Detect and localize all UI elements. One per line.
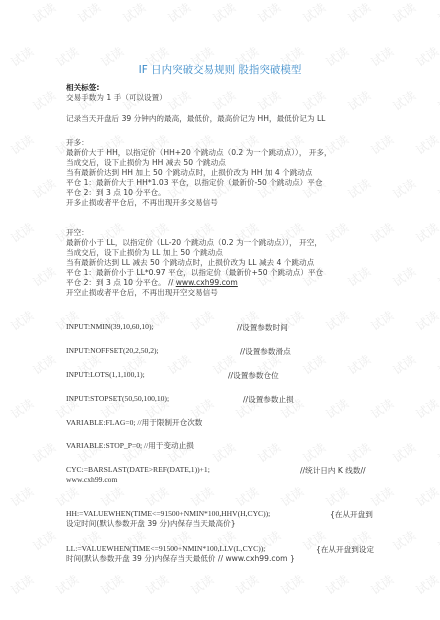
code-stmt: CYC:=BARSLAST(DATE>REF(DATE,1))+1; bbox=[66, 465, 210, 475]
code-cont: 设定时间(默认参数开盘 39 分)内保存当天最高价} bbox=[66, 519, 236, 529]
short-heading: 开空： bbox=[66, 228, 89, 238]
code-comment: //设置参数止损 bbox=[243, 394, 294, 405]
short-close2-text: 平仓 2：到 3 点 10 分平仓。 // bbox=[66, 278, 176, 287]
short-line: 最新价小于 LL，以指定价（LL-20 个跳动点（0.2 为一个跳动点））， 开… bbox=[66, 238, 322, 248]
code-comment: //设置参数时间 bbox=[237, 322, 288, 333]
code-stmt: INPUT:STOPSET(50,50,100,10); bbox=[66, 394, 169, 404]
short-line: 当成交后，设下止损价为 LL 加上 50 个跳动点 bbox=[66, 248, 223, 258]
code-stmt: LL:=VALUEWHEN(TIME<=91500+NMIN*100,LLV(L… bbox=[66, 544, 265, 554]
long-heading: 开多： bbox=[66, 138, 89, 148]
code-stmt: INPUT:NMIN(39,10,60,10); bbox=[66, 322, 154, 332]
long-line: 当有最新价达到 HH 加上 50 个跳动点时，止损价改为 HH 加 4 个跳动点 bbox=[66, 168, 313, 178]
tags-label: 相关标签: bbox=[66, 83, 99, 93]
code-comment: {在从开盘到设定 bbox=[316, 544, 374, 555]
code-cont: 时间(默认参数开盘 39 分)内保存当天最低价 // www.cxh99.com… bbox=[66, 554, 295, 564]
short-line: 平仓 1：最新价小于 LL*0.97 平仓，以指定价（最新价+50 个跳动点）平… bbox=[66, 268, 323, 278]
long-line: 最新价大于 HH，以指定价（HH+20 个跳动点（0.2 为一个跳动点））， 开… bbox=[66, 148, 332, 158]
code-stmt: INPUT:LOTS(1,1,100,1); bbox=[66, 370, 145, 380]
code-stmt: INPUT:NOFFSET(20,2,50,2); bbox=[66, 346, 159, 356]
long-line: 当成交后，设下止损价为 HH 减去 50 个跳动点 bbox=[66, 158, 226, 168]
code-stmt: HH:=VALUEWHEN(TIME<=91500+NMIN*100,HHV(H… bbox=[66, 509, 270, 519]
long-line: 平仓 2：到 3 点 10 分平仓。 bbox=[66, 188, 166, 198]
lots-note: 交易手数为 1 手（可以设置） bbox=[66, 93, 167, 103]
code-comment: //设置参数仓位 bbox=[228, 370, 279, 381]
record-note: 记录当天开盘后 39 分钟内的最高，最低价，最高价记为 HH，最低价记为 LL bbox=[66, 114, 325, 124]
short-line: 当有最新价达到 LL 减去 50 个跳动点时，止损价改为 LL 减去 4 个跳动… bbox=[66, 258, 314, 268]
document-title: IF 日内突破交易规则 股指突破模型 bbox=[0, 62, 440, 77]
long-line: 平仓 1：最新价大于 HH*1.03 平仓，以指定价（最新价-50 个跳动点）平… bbox=[66, 178, 322, 188]
code-comment: //设置参数滑点 bbox=[240, 346, 291, 357]
code-stmt: VARIABLE:STOP_P=0; //用于变动止损 bbox=[66, 441, 194, 451]
code-comment: //统计日内 K 线数// bbox=[300, 465, 366, 476]
short-close2-line: 平仓 2：到 3 点 10 分平仓。 // www.cxh99.com bbox=[66, 278, 238, 288]
code-stmt: VARIABLE:FLAG=0; //用于限制开仓次数 bbox=[66, 418, 202, 428]
code-comment: {在从开盘到 bbox=[330, 509, 373, 520]
code-cont: www.cxh99.com bbox=[66, 475, 117, 485]
long-line: 开多止损或者平仓后，不再出现开多交易信号 bbox=[66, 198, 218, 208]
document-page: IF 日内突破交易规则 股指突破模型 相关标签: 交易手数为 1 手（可以设置）… bbox=[0, 0, 440, 620]
cxh99-link[interactable]: www.cxh99.com bbox=[176, 278, 238, 287]
short-final-line: 开空止损或者平仓后，不再出现开空交易信号 bbox=[66, 288, 218, 298]
